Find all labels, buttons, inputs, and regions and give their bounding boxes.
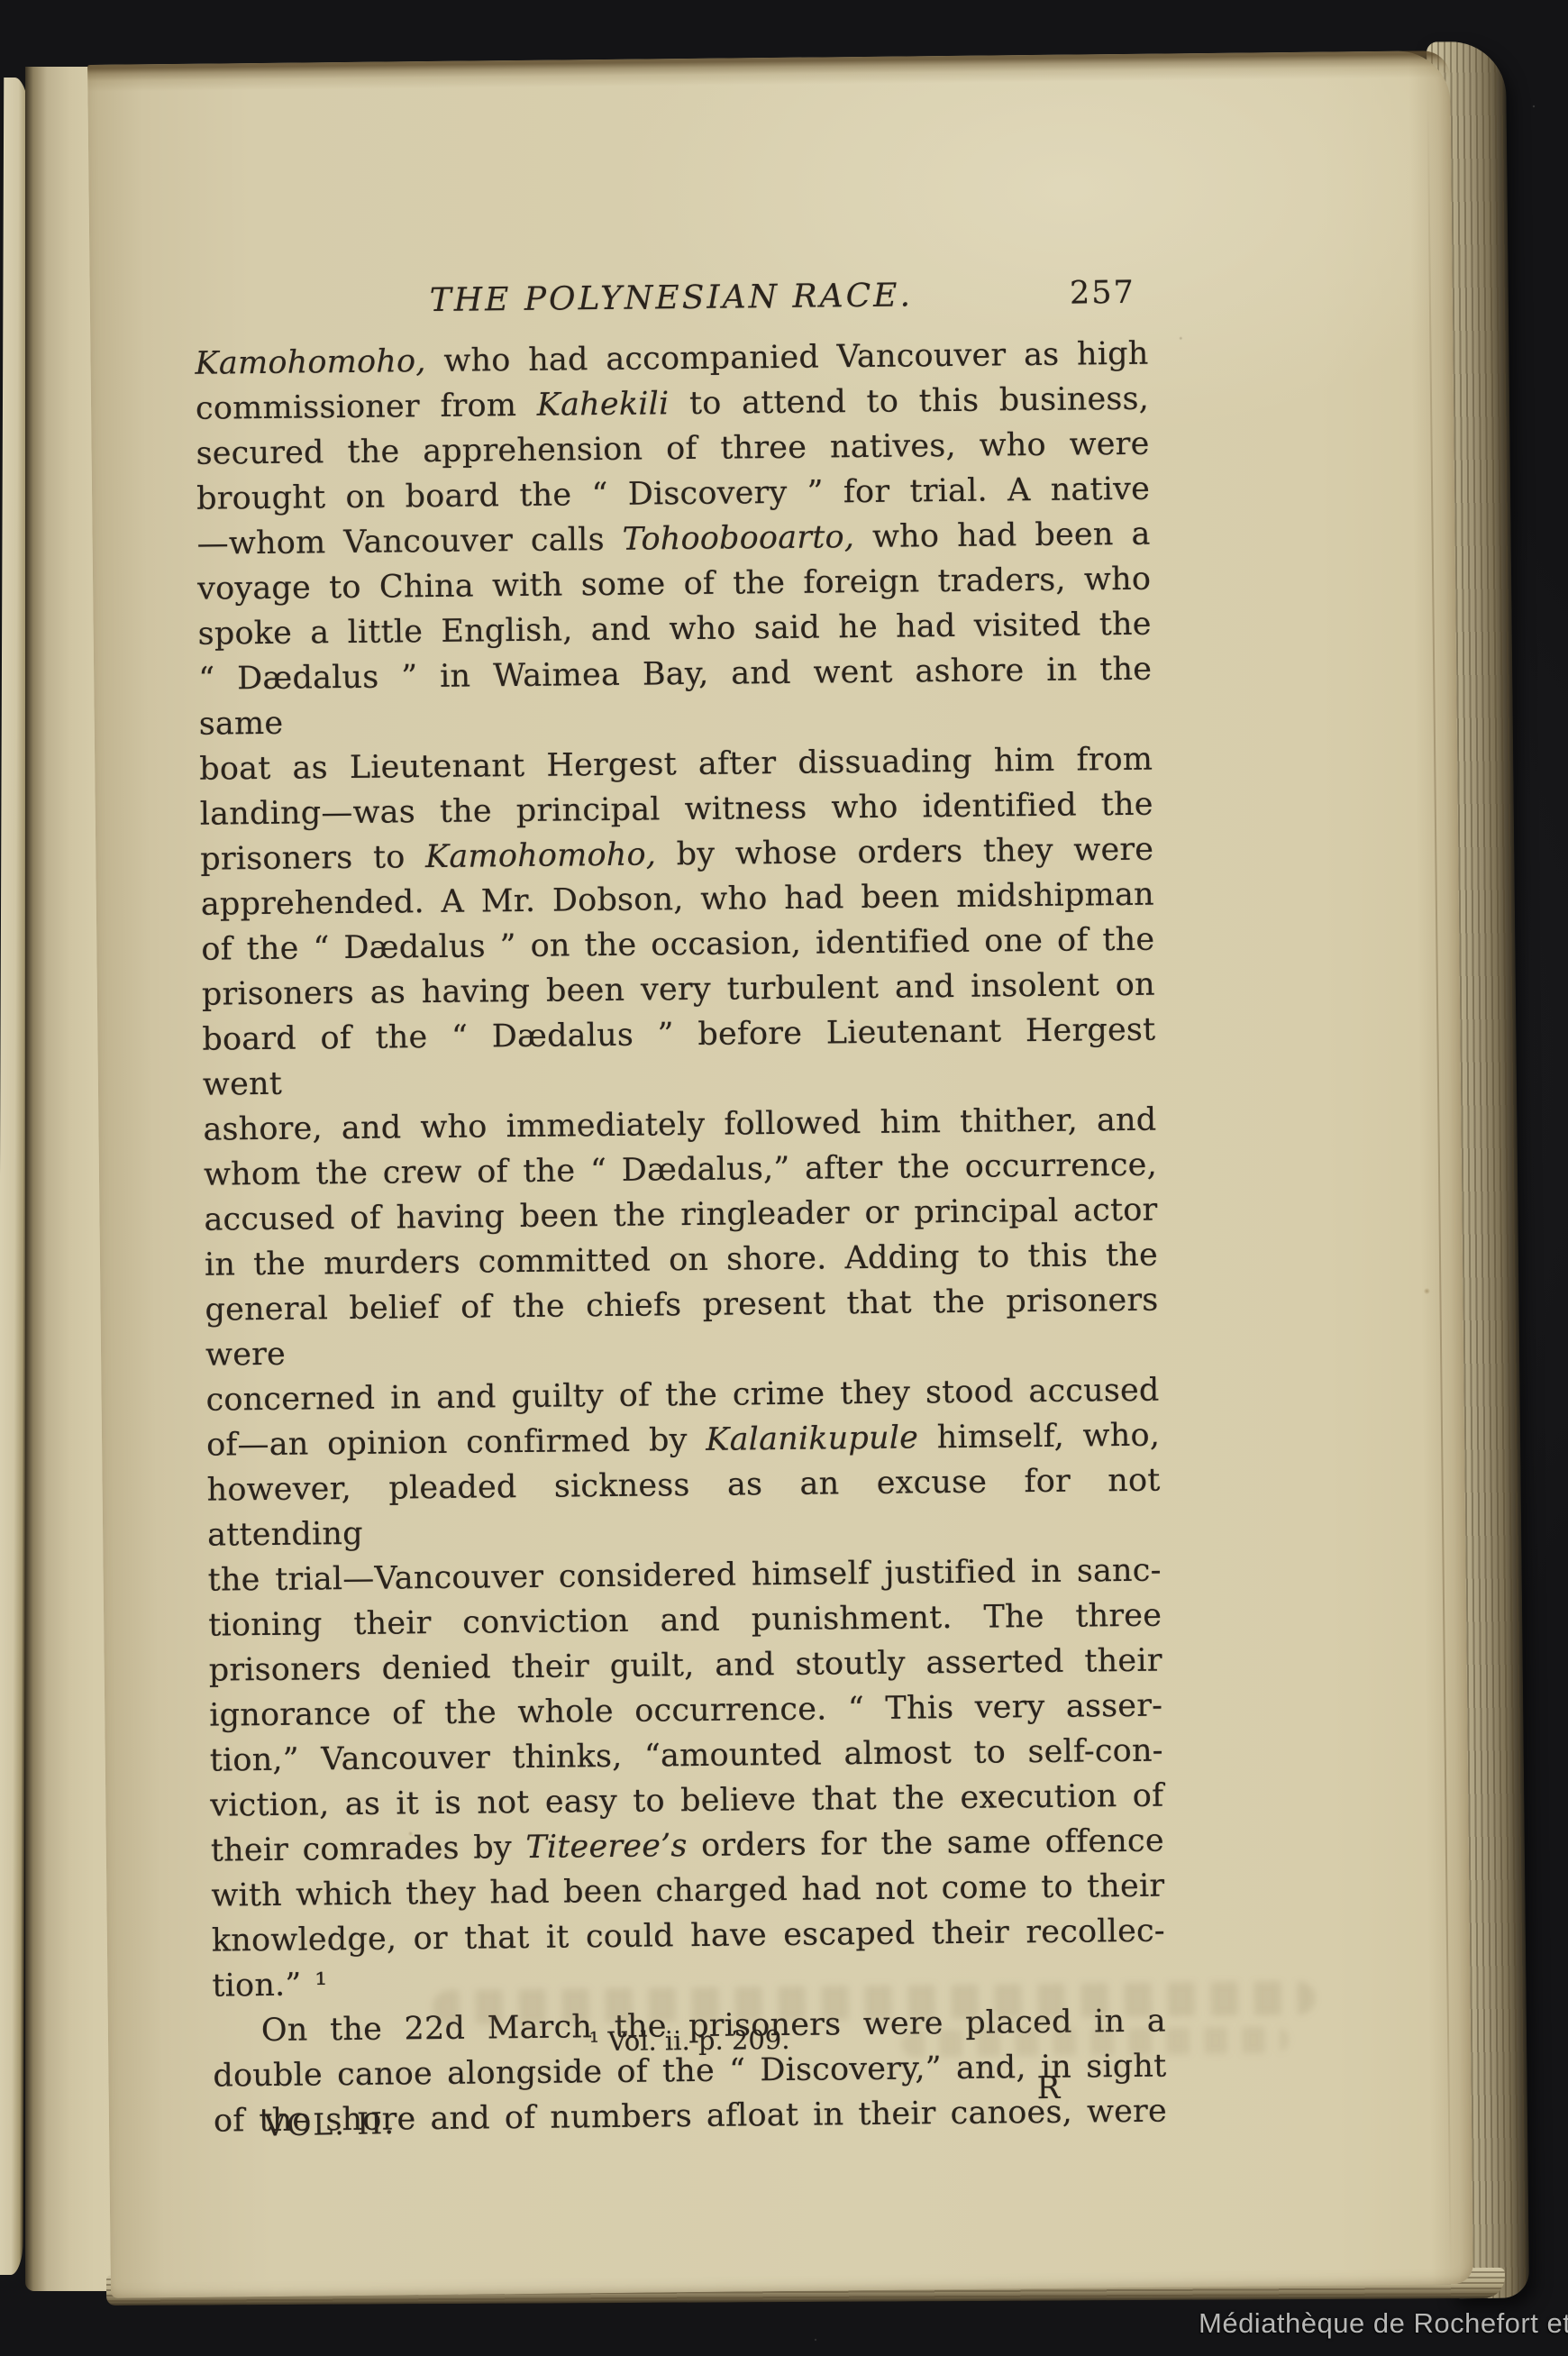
book-page: THE POLYNESIAN RACE. 257 Kamohomoho, who… bbox=[87, 50, 1473, 2298]
body-text: Kamohomoho, who had accompanied Vancouve… bbox=[195, 332, 1167, 2144]
body-line: however, pleaded sickness as an excuse f… bbox=[206, 1458, 1161, 1558]
page-number: 257 bbox=[1070, 275, 1135, 312]
signature-mark: R bbox=[1036, 2070, 1060, 2106]
running-head: THE POLYNESIAN RACE. 257 bbox=[195, 275, 1148, 332]
page-title: THE POLYNESIAN RACE. bbox=[195, 275, 1148, 322]
library-watermark: Médiathèque de Rochefort et MAP bbox=[1199, 2307, 1568, 2340]
body-line: board of the “ Dædalus ” before Lieutena… bbox=[202, 1008, 1156, 1108]
body-line: “ Dædalus ” in Waimea Bay, and went asho… bbox=[198, 647, 1153, 747]
scan-photo: { "colors": { "background": "#18181a", "… bbox=[0, 0, 1568, 2356]
volume-label: VOL. II. bbox=[264, 2105, 396, 2143]
body-line: general belief of the chiefs present tha… bbox=[205, 1278, 1159, 1378]
